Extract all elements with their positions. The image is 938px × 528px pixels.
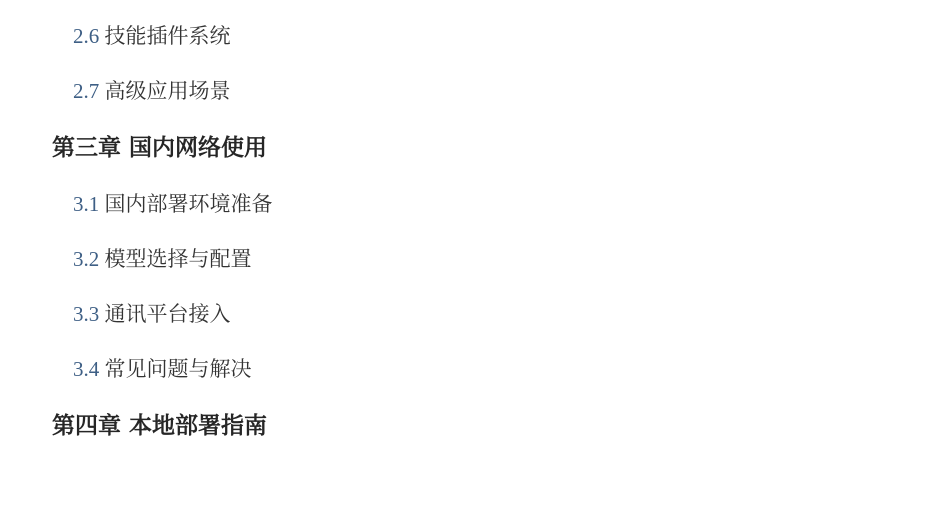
toc-item-label: 国内部署环境准备	[105, 192, 273, 216]
toc-item-number: 3.4	[73, 357, 105, 381]
toc-item-2-6[interactable]: 2.6技能插件系统	[73, 23, 898, 49]
toc-item-number: 2.6	[73, 24, 105, 48]
toc-item-3-1[interactable]: 3.1国内部署环境准备	[73, 191, 898, 217]
chapter-heading-3: 第三章 国内网络使用	[52, 133, 898, 163]
toc-item-label: 高级应用场景	[105, 79, 231, 103]
toc-item-2-7[interactable]: 2.7高级应用场景	[73, 78, 898, 104]
toc-item-label: 常见问题与解决	[105, 357, 252, 381]
toc-item-3-2[interactable]: 3.2模型选择与配置	[73, 246, 898, 272]
toc-item-3-4[interactable]: 3.4常见问题与解决	[73, 356, 898, 382]
chapter-heading-4: 第四章 本地部署指南	[52, 411, 898, 441]
toc-item-label: 模型选择与配置	[105, 247, 252, 271]
toc-item-label: 技能插件系统	[105, 24, 231, 48]
toc-item-number: 2.7	[73, 79, 105, 103]
document-page: 2.6技能插件系统 2.7高级应用场景 第三章 国内网络使用 3.1国内部署环境…	[0, 0, 938, 528]
toc-item-number: 3.2	[73, 247, 105, 271]
toc-item-number: 3.3	[73, 302, 105, 326]
toc-item-number: 3.1	[73, 192, 105, 216]
toc-item-3-3[interactable]: 3.3通讯平台接入	[73, 301, 898, 327]
toc-item-label: 通讯平台接入	[105, 302, 231, 326]
